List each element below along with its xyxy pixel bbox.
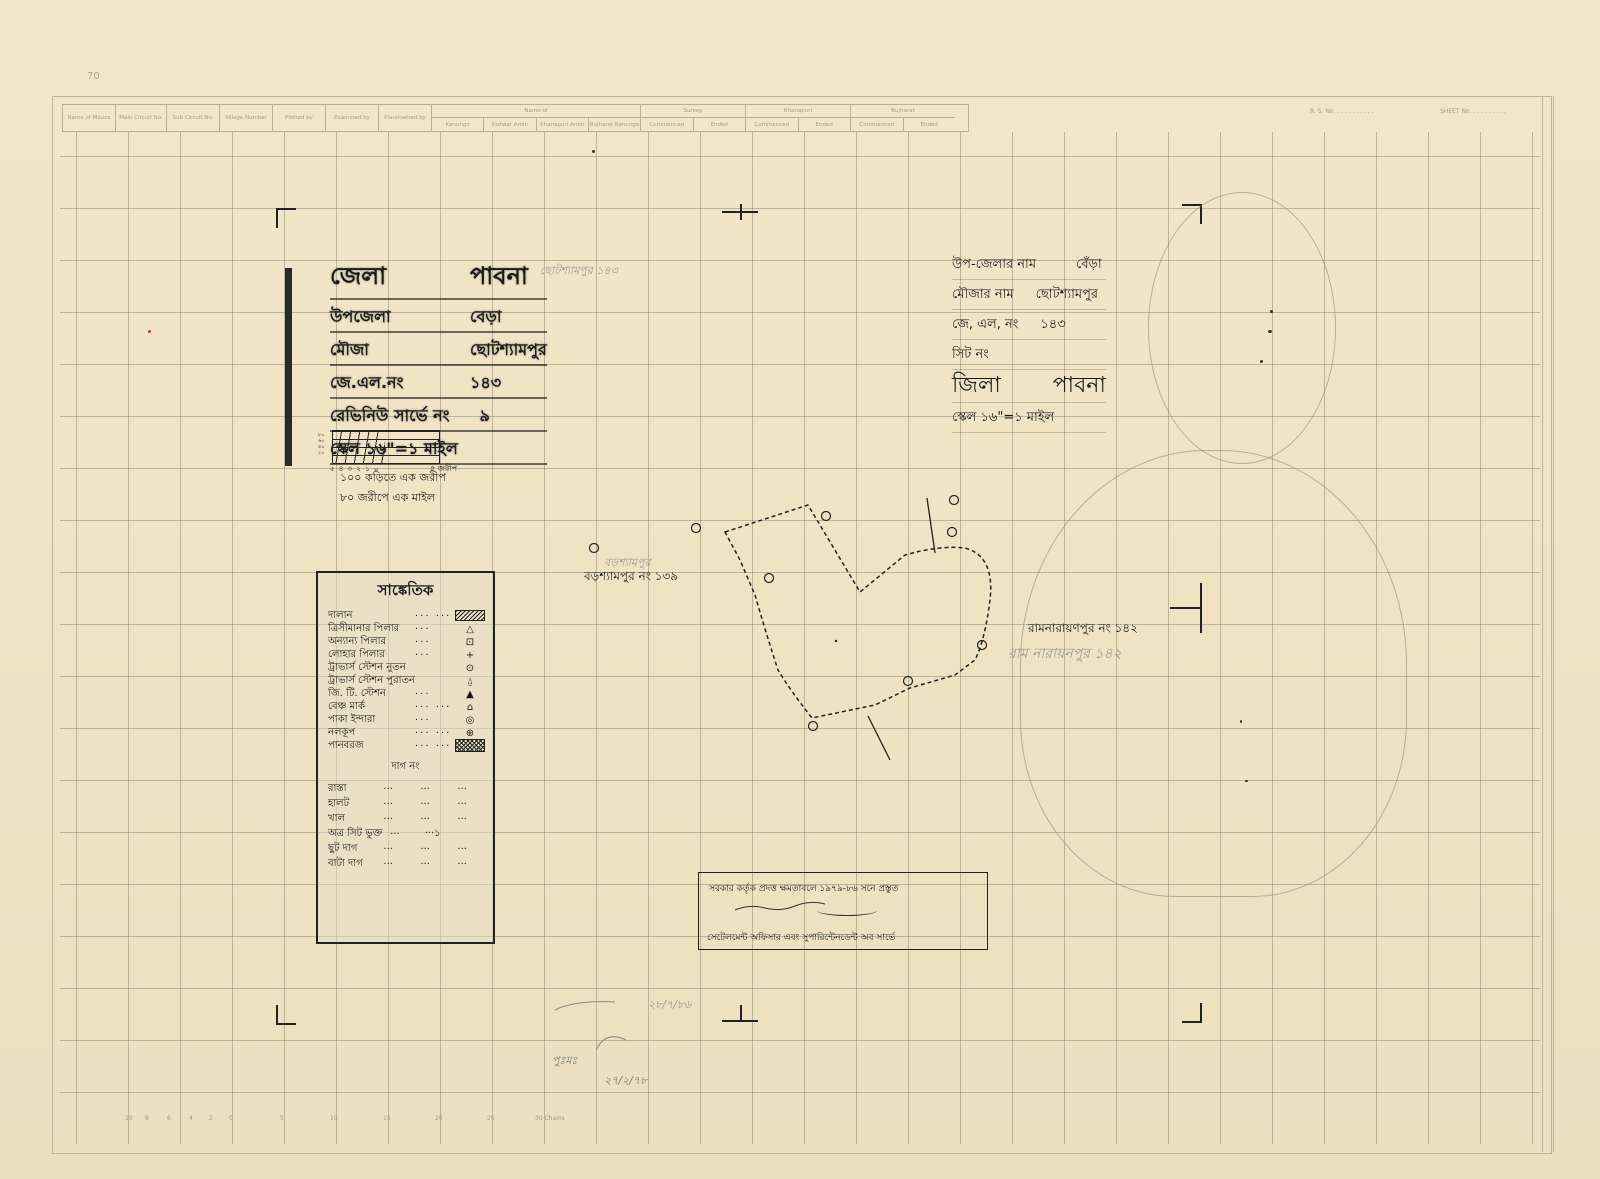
- pencil-date: ২৮/৭/৮৬: [648, 996, 691, 1015]
- pencil-signature-label: পুঃমঃ: [552, 1052, 577, 1071]
- traverse-station-new-icon: ⊙: [455, 663, 485, 674]
- traverse-station-old-icon: ⍙: [455, 676, 485, 687]
- speck: [1240, 720, 1242, 723]
- speck: [1268, 330, 1272, 333]
- speck: [1245, 780, 1248, 782]
- dag-row: ছুট দাগ·········: [318, 842, 493, 857]
- signature: [817, 905, 877, 916]
- pencil-west-note: বড়শ্যামপুর: [604, 554, 651, 573]
- tube-well-icon: ⊕: [455, 728, 485, 739]
- speck: [1270, 310, 1273, 313]
- certificate-line-1: সরকার কর্তৃক প্রদত্ত ক্ষমতাবলে ১৯৭৯-৮৬ স…: [709, 881, 898, 896]
- dag-row: অত্র সিট ভুক্ত······১: [318, 827, 493, 842]
- pencil-east-note: রাম নারায়নপুর ১৪২: [1008, 642, 1122, 666]
- certificate-line-2: সেটেলমেন্ট অফিসার এবং সুপারিন্টেনডেন্ট অ…: [707, 930, 895, 945]
- mouza-boundary-drawing: [0, 0, 1600, 1179]
- pencil-top-note: ছোটশ্যামপুর ১৪৩: [540, 262, 618, 281]
- dag-header: দাগ নং: [318, 759, 493, 776]
- legend-title: সাঙ্কেতিক: [318, 579, 493, 604]
- map-sheet: 70 Name of Mauza Main Circuit No. Sub Ci…: [0, 0, 1600, 1179]
- betel-garden-icon: [455, 739, 485, 752]
- building-hatch-icon: [455, 610, 485, 621]
- legend-item: পানবরজ··· ···: [318, 740, 493, 753]
- east-neighbor-label: রামনারায়ণপুর নং ১৪২: [1028, 620, 1138, 640]
- tri-junction-pillar-icon: △: [455, 624, 485, 635]
- dag-row: বাটা দাগ·········: [318, 857, 493, 872]
- iron-pillar-icon: +: [455, 650, 485, 661]
- bench-mark-icon: ⌂: [455, 702, 485, 713]
- masonry-well-icon: ◎: [455, 715, 485, 726]
- gt-station-icon: ▲: [455, 689, 485, 700]
- certificate-box: সরকার কর্তৃক প্রদত্ত ক্ষমতাবলে ১৯৭৯-৮৬ স…: [698, 872, 988, 950]
- pencil-date-2: ২৭/২/৭৮: [604, 1072, 647, 1091]
- speck: [1260, 360, 1263, 363]
- dag-row: হালট·········: [318, 797, 493, 812]
- bottom-chain-scale: 10 8 6 4 2 0 5 10 15 20 25 30 Chains: [125, 1115, 545, 1133]
- dag-row: রাস্তা·········: [318, 782, 493, 797]
- legend-box: সাঙ্কেতিক দালান··· ··· ত্রিসীমানার পিলার…: [316, 571, 495, 944]
- speck: [592, 150, 595, 153]
- other-pillar-icon: ⊡: [455, 637, 485, 648]
- dag-row: খাল·········: [318, 812, 493, 827]
